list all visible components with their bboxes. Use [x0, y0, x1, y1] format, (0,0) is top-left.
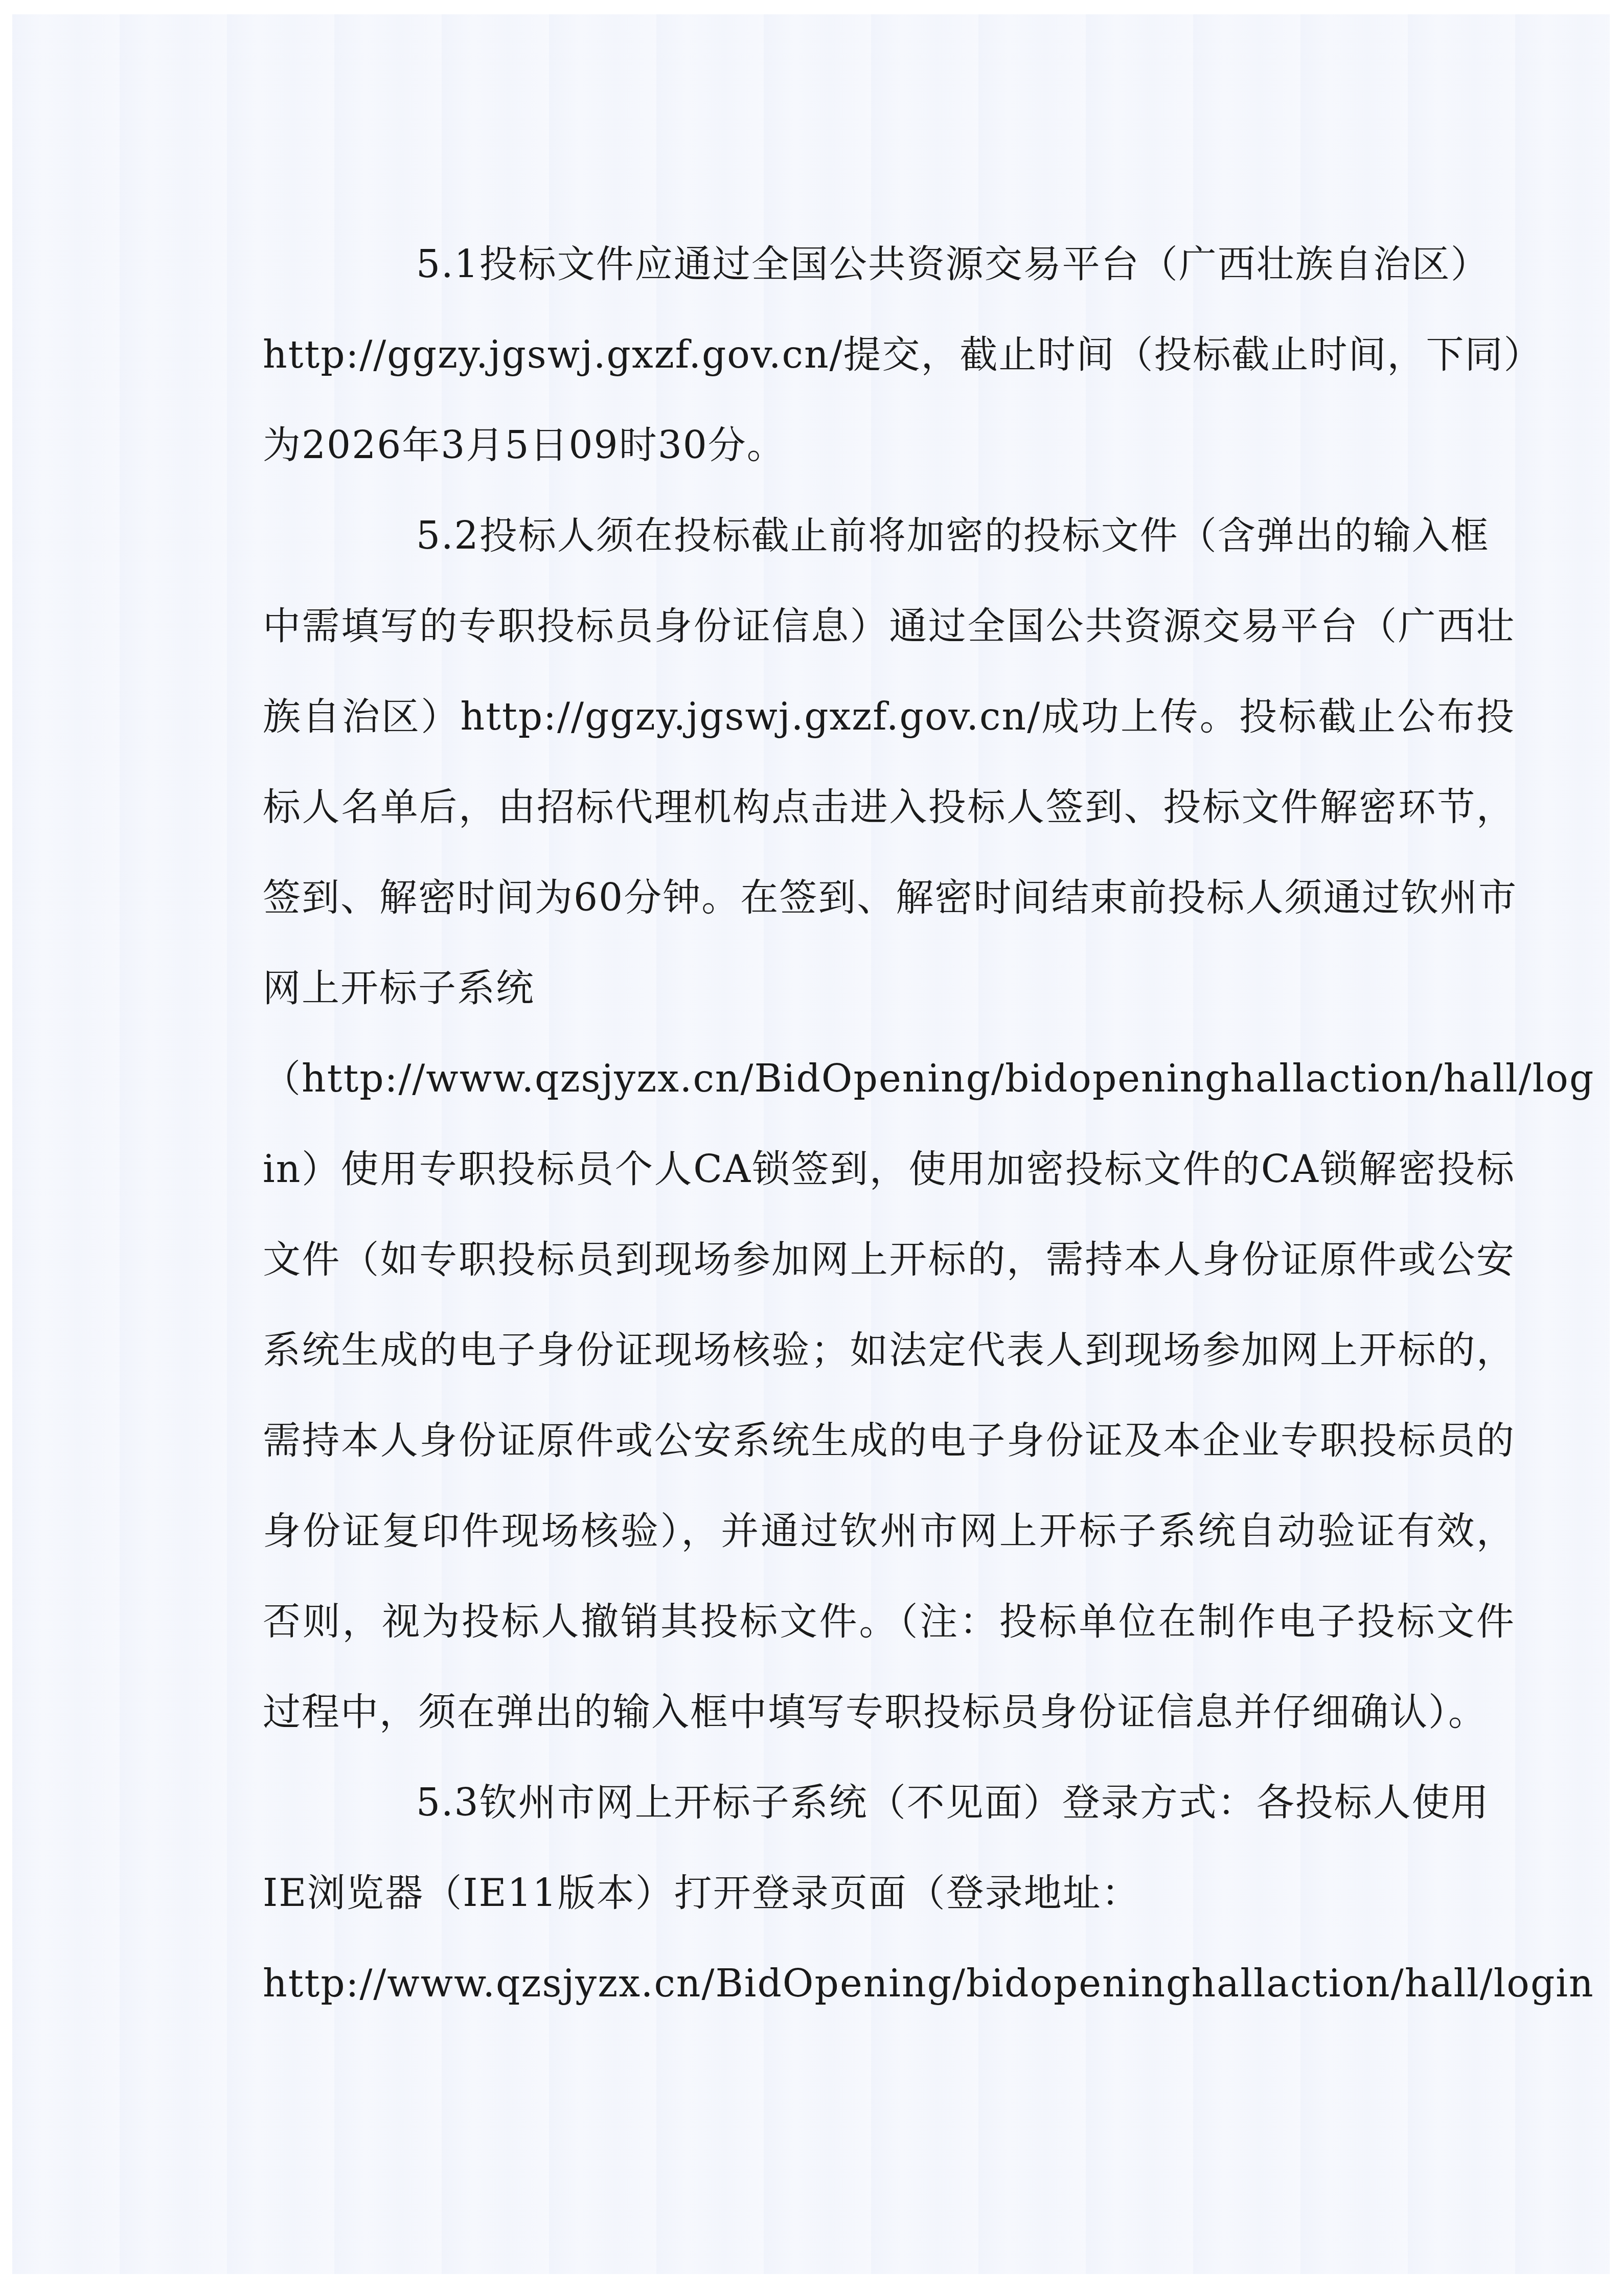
section-5-1-line-3: 为2026年3月5日09时30分。 [263, 417, 1515, 473]
section-5-1-line-2: http://ggzy.jgswj.gxzf.gov.cn/提交，截止时间（投标… [263, 327, 1515, 383]
section-5-2-line-9: 文件（如专职投标员到现场参加网上开标的，需持本人身份证原件或公安 [263, 1232, 1515, 1288]
section-5-1-line-1: 5.1投标文件应通过全国公共资源交易平台（广西壮族自治区） [416, 236, 1622, 292]
document-page: 5.1投标文件应通过全国公共资源交易平台（广西壮族自治区） http://ggz… [12, 14, 1610, 2274]
section-5-2-line-3: 族自治区）http://ggzy.jgswj.gxzf.gov.cn/成功上传。… [263, 689, 1515, 745]
section-5-2-line-12: 身份证复印件现场核验），并通过钦州市网上开标子系统自动验证有效， [263, 1503, 1515, 1559]
section-5-2-line-1: 5.2投标人须在投标截止前将加密的投标文件（含弹出的输入框 [416, 508, 1622, 564]
section-5-2-line-14: 过程中，须在弹出的输入框中填写专职投标员身份证信息并仔细确认）。 [263, 1684, 1515, 1740]
section-5-3-line-2: IE浏览器（IE11版本）打开登录页面（登录地址： [263, 1865, 1515, 1921]
section-5-2-line-11: 需持本人身份证原件或公安系统生成的电子身份证及本企业专职投标员的 [263, 1413, 1515, 1469]
section-5-2-line-7: （http://www.qzsjyzx.cn/BidOpening/bidope… [263, 1051, 1515, 1107]
section-5-2-line-2: 中需填写的专职投标员身份证信息）通过全国公共资源交易平台（广西壮 [263, 598, 1515, 654]
section-5-2-line-4: 标人名单后，由招标代理机构点击进入投标人签到、投标文件解密环节， [263, 779, 1515, 835]
section-5-2-line-8: in）使用专职投标员个人CA锁签到，使用加密投标文件的CA锁解密投标 [263, 1141, 1515, 1197]
section-5-2-line-10: 系统生成的电子身份证现场核验；如法定代表人到现场参加网上开标的， [263, 1322, 1515, 1378]
section-5-2-line-13: 否则，视为投标人撤销其投标文件。（注：投标单位在制作电子投标文件 [263, 1594, 1515, 1650]
section-5-2-line-5: 签到、解密时间为60分钟。在签到、解密时间结束前投标人须通过钦州市 [263, 870, 1515, 926]
section-5-3-line-1: 5.3钦州市网上开标子系统（不见面）登录方式：各投标人使用 [416, 1775, 1622, 1831]
section-5-3-line-3: http://www.qzsjyzx.cn/BidOpening/bidopen… [263, 1956, 1515, 2012]
section-5-2-line-6: 网上开标子系统 [263, 960, 1515, 1016]
